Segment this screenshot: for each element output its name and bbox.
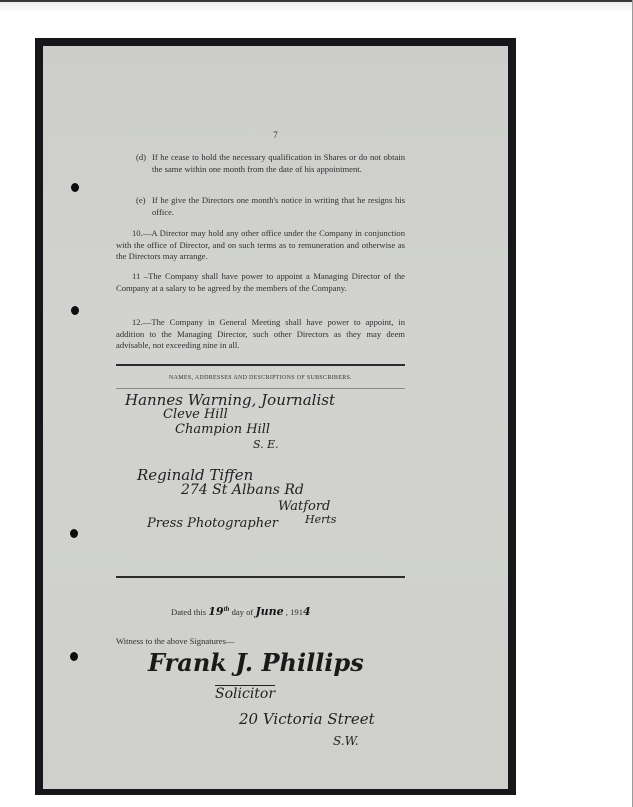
toolbar-shadow [0, 2, 633, 12]
subscribers-heading: NAMES, ADDRESSES AND DESCRIPTIONS OF SUB… [116, 375, 405, 381]
scanned-document-image: 7 (d) If he cease to hold the necessary … [35, 38, 516, 795]
punch-hole-icon [70, 529, 78, 538]
heading-rule [116, 388, 405, 389]
subscriber-1-address-line: Cleve Hill [163, 407, 228, 422]
document-page: 7 (d) If he cease to hold the necessary … [43, 46, 508, 789]
witness-title: Solicitor [215, 686, 275, 702]
dated-prefix: Dated this [171, 607, 206, 617]
dated-day: 19 [208, 605, 223, 618]
article-10: 10.—A Director may hold any other office… [116, 228, 405, 263]
dated-year-prefix: , 191 [286, 607, 303, 617]
clause-text: If he give the Directors one month's not… [152, 195, 405, 217]
clause-marker: (d) [136, 152, 146, 164]
dated-day-suffix: th [224, 605, 230, 613]
punch-hole-icon [70, 652, 78, 661]
article-12: 12.—The Company in General Meeting shall… [116, 317, 405, 352]
witness-signature: Frank J. Phillips [148, 648, 364, 677]
clause-text: If he cease to hold the necessary qualif… [152, 152, 405, 174]
punch-hole-icon [71, 183, 79, 192]
clause-e: (e) If he give the Directors one month's… [152, 195, 405, 218]
dated-line: Dated this 19th day of June , 1914 [171, 605, 311, 618]
subscriber-2-address-line: Herts [305, 513, 336, 526]
subscriber-1-address-line: S. E. [253, 438, 279, 451]
subscriber-1-name: Hannes Warning, Journalist [125, 391, 335, 409]
article-11: 11 –The Company shall have power to appo… [116, 271, 405, 294]
witness-address-line: 20 Victoria Street [239, 710, 375, 728]
subscriber-2-description: Press Photographer [147, 516, 278, 531]
subscriber-2-address-line: 274 St Albans Rd [181, 482, 304, 498]
clause-marker: (e) [136, 195, 146, 207]
punch-hole-icon [71, 306, 79, 315]
dated-mid: day of [232, 607, 254, 617]
subscriber-1-address-line: Champion Hill [175, 422, 270, 437]
dated-year-digit: 4 [303, 605, 311, 618]
witness-label: Witness to the above Signatures— [116, 636, 235, 646]
clause-d: (d) If he cease to hold the necessary qu… [152, 152, 405, 175]
dated-month: June [255, 605, 283, 618]
section-rule [116, 364, 405, 366]
page-number: 7 [43, 130, 508, 140]
section-rule [116, 576, 405, 578]
witness-address-line: S.W. [333, 734, 359, 748]
subscriber-2-address-line: Watford [278, 499, 330, 514]
